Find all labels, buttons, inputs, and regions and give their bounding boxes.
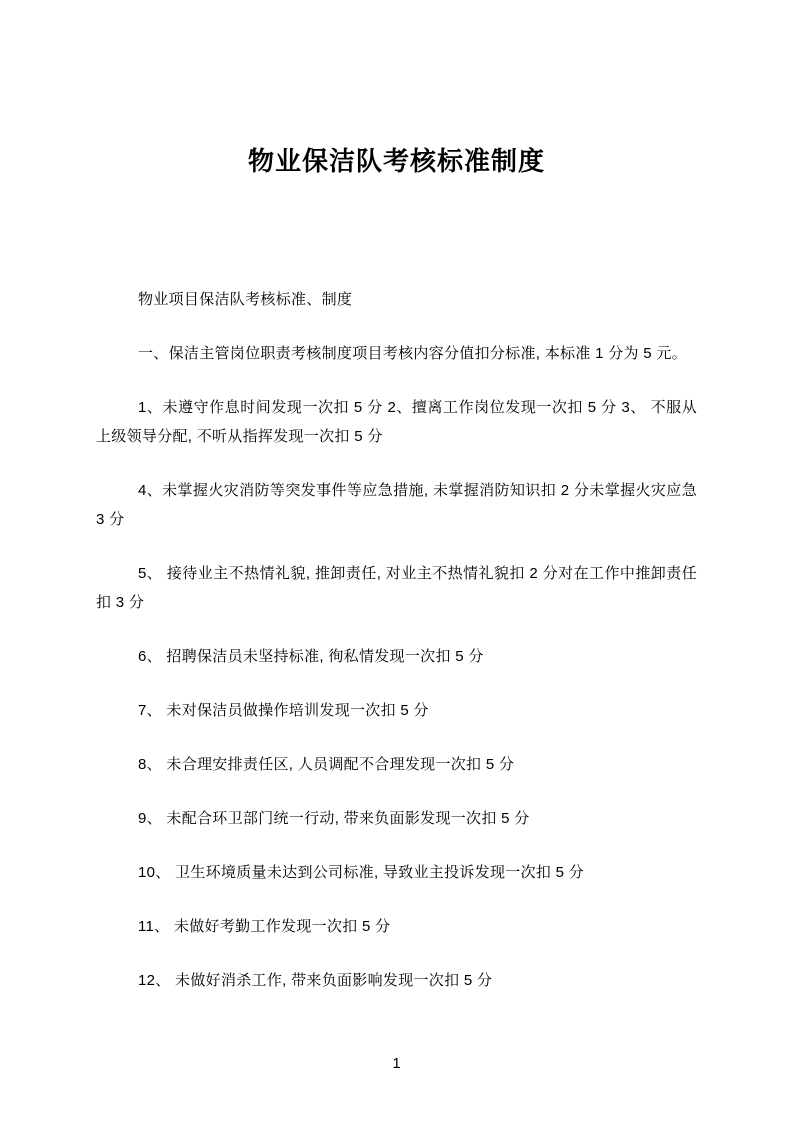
paragraph-rule-6: 6、 招聘保洁员未坚持标准, 徇私情发现一次扣 5 分 xyxy=(96,642,697,671)
paragraph-rule-9: 9、 未配合环卫部门统一行动, 带来负面影发现一次扣 5 分 xyxy=(96,804,697,833)
paragraph-rule-1-3: 1、未遵守作息时间发现一次扣 5 分 2、擅离工作岗位发现一次扣 5 分 3、 … xyxy=(96,393,697,451)
document-content: 物业保洁队考核标准制度 物业项目保洁队考核标准、制度 一、保洁主管岗位职责考核制… xyxy=(0,0,793,995)
paragraph-rule-10: 10、 卫生环境质量未达到公司标准, 导致业主投诉发现一次扣 5 分 xyxy=(96,858,697,887)
document-title: 物业保洁队考核标准制度 xyxy=(96,143,697,179)
paragraph-intro: 物业项目保洁队考核标准、制度 xyxy=(96,285,697,314)
paragraph-rule-4: 4、未掌握火灾消防等突发事件等应急措施, 未掌握消防知识扣 2 分未掌握火灾应急… xyxy=(96,476,697,534)
paragraph-rule-7: 7、 未对保洁员做操作培训发现一次扣 5 分 xyxy=(96,696,697,725)
paragraph-rule-12: 12、 未做好消杀工作, 带来负面影响发现一次扣 5 分 xyxy=(96,966,697,995)
paragraph-rule-11: 11、 未做好考勤工作发现一次扣 5 分 xyxy=(96,912,697,941)
paragraph-rule-8: 8、 未合理安排责任区, 人员调配不合理发现一次扣 5 分 xyxy=(96,750,697,779)
document-page: 物业保洁队考核标准制度 物业项目保洁队考核标准、制度 一、保洁主管岗位职责考核制… xyxy=(0,0,793,1122)
paragraph-rule-5: 5、 接待业主不热情礼貌, 推卸责任, 对业主不热情礼貌扣 2 分对在工作中推卸… xyxy=(96,559,697,617)
paragraph-section-heading: 一、保洁主管岗位职责考核制度项目考核内容分值扣分标准, 本标准 1 分为 5 元… xyxy=(96,339,697,368)
page-number-footer: 1 xyxy=(0,1055,793,1072)
